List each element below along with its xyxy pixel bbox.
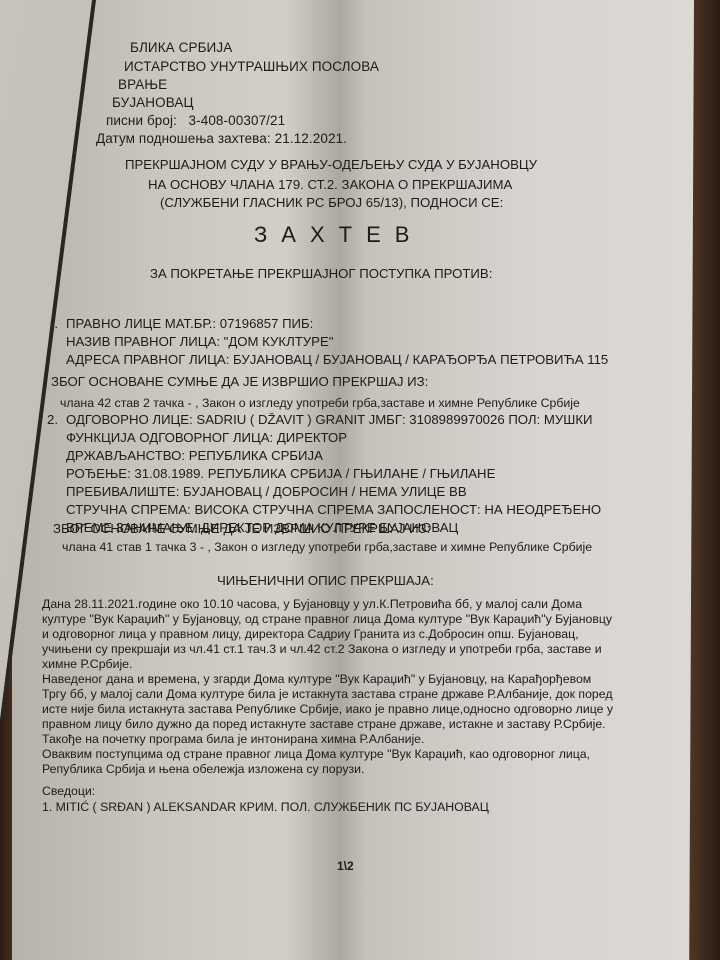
addressee-line-3: (СЛУЖБЕНИ ГЛАСНИК РС БРОЈ 65/13), ПОДНОС… (160, 195, 503, 210)
facts-heading: ЧИЊЕНИЧНИ ОПИС ПРЕКРШАЈА: (217, 573, 434, 588)
party2-number: 2. (47, 412, 58, 427)
party1-line-2: НАЗИВ ПРАВНОГ ЛИЦА: "ДОМ КУКЛТУРЕ" (66, 334, 333, 349)
header-org-line-4: БУЈАНОВАЦ (112, 95, 194, 110)
document-subtitle: ЗА ПОКРЕТАЊЕ ПРЕКРШАЈНОГ ПОСТУПКА ПРОТИВ… (150, 266, 492, 281)
case-number-row: писни број: 3-408-00307/21 (106, 113, 285, 128)
facts-line-6: Наведеног дана и времена, у згарди Дома … (42, 672, 591, 686)
facts-line-2: културе "Вук Караџић" у Бујановцу, од ст… (42, 612, 612, 626)
header-org-line-2: ИСТАРСТВО УНУТРАШЊИХ ПОСЛОВА (124, 59, 379, 74)
facts-line-4: учињени су прекршаји из чл.41 ст.1 тач.3… (42, 642, 602, 656)
facts-line-1: Дана 28.11.2021.године око 10.10 часова,… (42, 597, 582, 611)
party2-line-2: ФУНКЦИЈА ОДГОВОРНОГ ЛИЦА: ДИРЕКТОР (66, 430, 347, 445)
filing-date: 21.12.2021. (275, 131, 347, 146)
facts-line-9: правном лицу било дужно да поред истакну… (42, 717, 606, 731)
facts-line-8: исте није била истакнута застава Републи… (42, 702, 613, 716)
case-number-label: писни број: (106, 113, 177, 128)
witness-item: 1. MITIĆ ( SRĐAN ) ALEKSANDAR КРИМ. ПОЛ.… (42, 800, 489, 814)
facts-line-5: химне Р.Србије. (42, 657, 132, 671)
witnesses-label: Сведоци: (42, 784, 95, 798)
party1-article: члана 42 став 2 тачка - , Закон о изглед… (60, 396, 580, 410)
facts-line-7: Тргу бб, у малој сали Дома културе била … (42, 687, 613, 701)
facts-line-10: Такође на почетку програма била је интон… (42, 732, 424, 746)
facts-line-11: Оваквим поступцима од стране правног лиц… (42, 747, 590, 761)
facts-line-12: Република Србија и њена обележја изложен… (42, 762, 364, 776)
facts-line-3: и одговорног лица у правном лицу, директ… (42, 627, 579, 641)
party1-line-3: АДРЕСА ПРАВНОГ ЛИЦА: БУЈАНОВАЦ / БУЈАНОВ… (66, 352, 608, 367)
addressee-line-1: ПРЕКРШАЈНОМ СУДУ У ВРАЊУ-ОДЕЉЕЊУ СУДА У … (125, 157, 537, 172)
header-org-line-3: ВРАЊЕ (118, 77, 167, 92)
filing-date-label: Датум подношења захтева: (96, 131, 271, 146)
header-org-line-1: БЛИКА СРБИЈА (130, 40, 232, 55)
party1-suspicion: ЗБОГ ОСНОВАНЕ СУМЊЕ ДА ЈЕ ИЗВРШИО ПРЕКРШ… (51, 374, 428, 389)
page-number: 1\2 (337, 859, 354, 873)
case-number: 3-408-00307/21 (189, 113, 286, 128)
document-title: ЗАХТЕВ (254, 222, 423, 248)
filing-date-row: Датум подношења захтева: 21.12.2021. (96, 131, 347, 146)
document: БЛИКА СРБИЈА ИСТАРСТВО УНУТРАШЊИХ ПОСЛОВ… (0, 0, 720, 960)
party2-suspicion: ЗБОГ ОСНОВАНЕ СУМЊЕ ДА ЈЕ ИЗВРШИО ПРЕКРШ… (53, 521, 430, 536)
party2-line-4: РОЂЕЊЕ: 31.08.1989. РЕПУБЛИКА СРБИЈА / Г… (66, 466, 495, 481)
party1-line-1: ПРАВНО ЛИЦЕ МАТ.БР.: 07196857 ПИБ: (66, 316, 313, 331)
party2-line-5: ПРЕБИВАЛИШТЕ: БУЈАНОВАЦ / ДОБРОСИН / НЕМ… (66, 484, 467, 499)
party2-line-3: ДРЖАВЉАНСТВО: РЕПУБЛИКА СРБИЈА (66, 448, 323, 463)
party2-article: члана 41 став 1 тачка 3 - , Закон о изгл… (62, 540, 592, 554)
addressee-line-2: НА ОСНОВУ ЧЛАНА 179. СТ.2. ЗАКОНА О ПРЕК… (148, 177, 512, 192)
party2-line-6: СТРУЧНА СПРЕМА: ВИСОКА СТРУЧНА СПРЕМА ЗА… (66, 502, 601, 517)
party2-line-1: ОДГОВОРНО ЛИЦЕ: SADRIU ( DŽAVIT ) GRANIT… (66, 412, 593, 427)
